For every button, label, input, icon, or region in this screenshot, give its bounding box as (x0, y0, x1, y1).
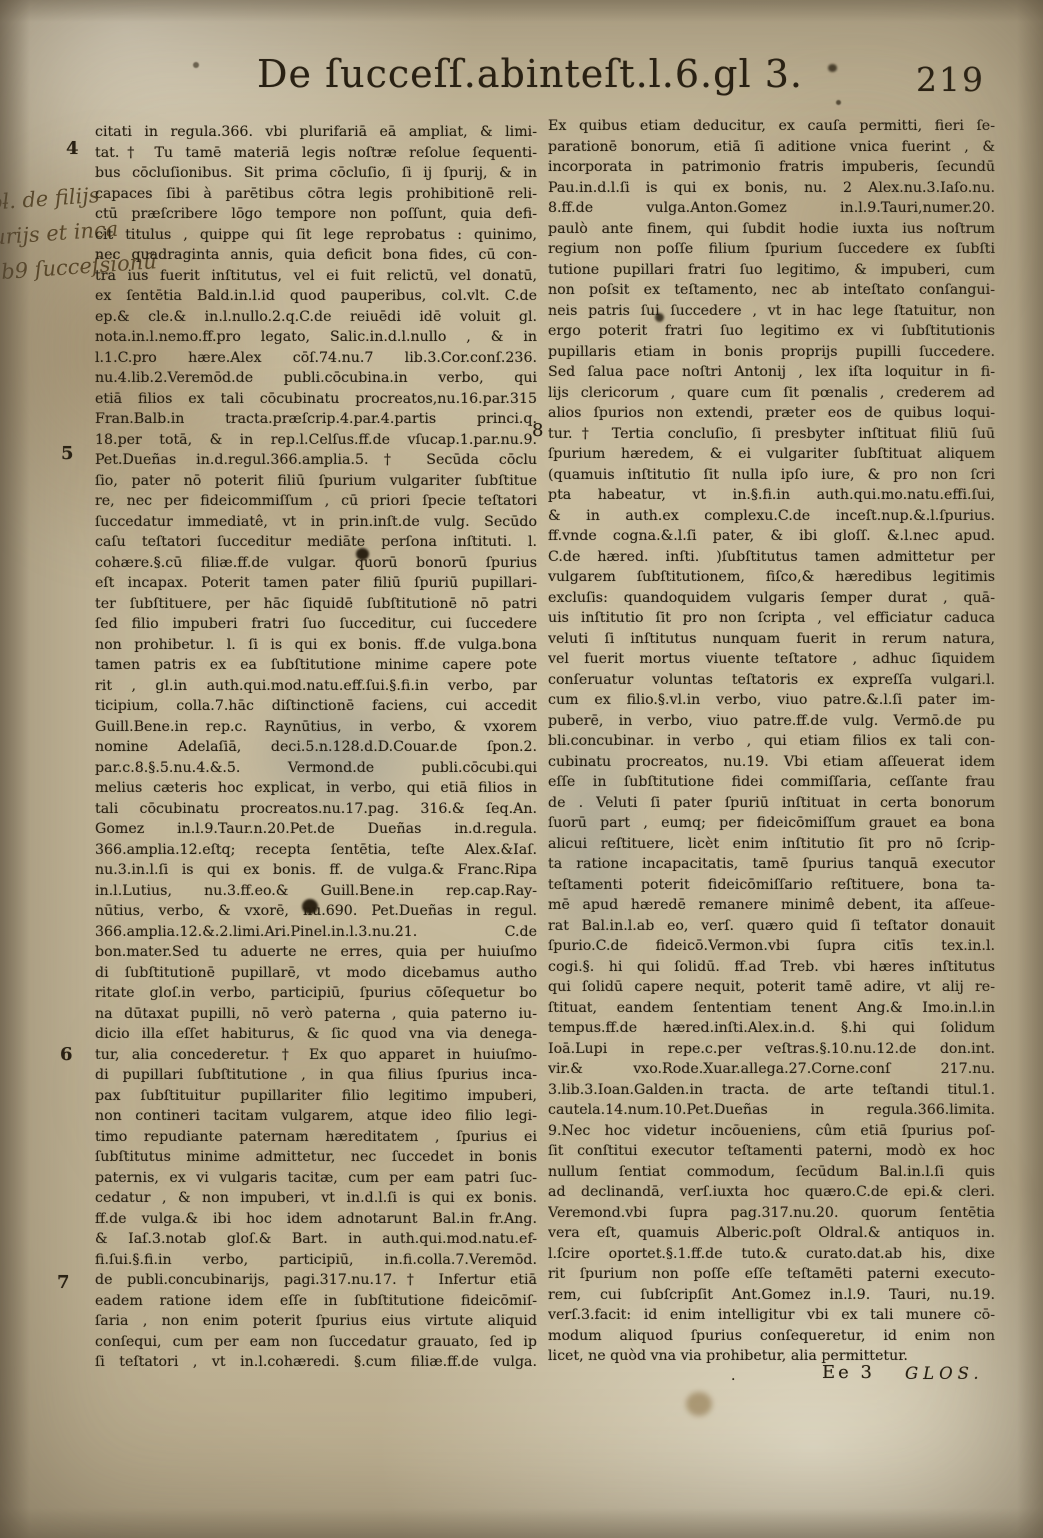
text-line: di ſubſtitutionē pupillarē, vt modo dice… (95, 963, 537, 984)
text-line: ſio, pater nō poterit filiū ſpurium vulg… (95, 471, 537, 492)
text-line: tat.† Tu tamē materiā legis noſtræ reſol… (95, 143, 537, 164)
text-line: re, nec per fideicommiſſum , cū priori ſ… (95, 491, 537, 512)
text-line: uis inſtitutio ſit pro non ſcripta , vel… (548, 608, 995, 629)
text-line: paternis, ex vi vulgaris tacitæ, cum per… (95, 1168, 537, 1189)
text-line: dicio illa eſſet habiturus, & ſic quod v… (95, 1024, 537, 1045)
text-line: ergo poterit fratri ſuo legitimo ex vi ſ… (548, 321, 995, 342)
text-line: tali cōcubinatu procreatos.nu.17.pag. 31… (95, 799, 537, 820)
text-line: caſu teſtatori ſucceditur mediāte perſon… (95, 532, 537, 553)
text-line: cogi.§. hi qui ſolidū. ff.ad Treb. vbi h… (548, 957, 995, 978)
text-line: qui ſolidū capere nequit, poterit tamē a… (548, 977, 995, 998)
text-line: nullum ſentiat commodum, ſecūdum Bal.in.… (548, 1162, 995, 1183)
text-line: rat Bal.in.l.ab eo, verſ. quæro quid ſi … (548, 916, 995, 937)
text-line: vera eſt, quamuis Alberic.poſt Oldral.& … (548, 1223, 995, 1244)
text-line: eadem ratione idem eſſe in ſubſtitutione… (95, 1291, 537, 1312)
text-line: tur, alia concederetur. † Ex quo apparet… (95, 1045, 537, 1066)
text-line: Fran.Balb.in tracta.præſcrip.4.par.4.par… (95, 409, 537, 430)
text-line: melius cæteris hoc explicat, in verbo, q… (95, 778, 537, 799)
margin-number-4: 4 (66, 138, 79, 159)
text-line: fi.ſui.§.fi.in verbo, participiū, in.fi.… (95, 1250, 537, 1271)
text-line: bus cōcluſionibus. Sit prima cōcluſio, ſ… (95, 163, 537, 184)
text-line: eſſe in ſubſtitutione fidei commiſſaria,… (548, 772, 995, 793)
text-line: ſuorū part , eumq; per fideicōmiſſum gra… (548, 813, 995, 834)
text-line: non poſsit ex teſtamento, nec ab inteſta… (548, 280, 995, 301)
text-line: vir.& vxo.Rode.Xuar.allega.27.Corne.conſ… (548, 1059, 995, 1080)
text-line: rit ſpurium non poſſe eſſe teſtamēti pat… (548, 1264, 995, 1285)
text-line: 8.ff.de vulga.Anton.Gomez in.l.9.Tauri,n… (548, 198, 995, 219)
text-line: lijs clericorum , quare cum ſit pœnalis … (548, 383, 995, 404)
text-line: pupillaris etiam in bonis proprijs pupil… (548, 342, 995, 363)
text-line: pax ſubſtituitur pupillariter filio legi… (95, 1086, 537, 1107)
text-line: tur.† Tertia concluſio, ſi presbyter inſ… (548, 424, 995, 445)
text-line: neis patris ſui ſuccedere , vt in hac le… (548, 301, 995, 322)
text-line: bli.concubinar. in verbo , qui etiam fil… (548, 731, 995, 752)
margin-number-6: 6 (60, 1044, 73, 1065)
text-line: veluti ſi inſtitutus nunquam fuerit in r… (548, 629, 995, 650)
text-line: C.de hæred. inſti. )ſubſtitutus tamen ad… (548, 547, 995, 568)
text-line: Ex quibus etiam deducitur, ex cauſa perm… (548, 116, 995, 137)
text-line: etiā filios ex tali cōcubinatu procreato… (95, 389, 537, 410)
text-line: tra ius fuerit inſtitutus, vel ei fuit r… (95, 266, 537, 287)
text-line: nūtius, verbo, & vxorē, nu.690. Pet.Dueñ… (95, 901, 537, 922)
text-line: nomine Adelaſiā, deci.5.n.128.d.D.Couar.… (95, 737, 537, 758)
text-line: nu.4.lib.2.Veremōd.de publi.cōcubina.in … (95, 368, 537, 389)
text-line: incorporata in patrimonio fratris impube… (548, 157, 995, 178)
text-line: Pet.Dueñas in.d.regul.366.amplia.5.† Sec… (95, 450, 537, 471)
text-line: ctū præſcribere lōgo tempore non poſſunt… (95, 204, 537, 225)
page-edge-shadow (0, 1508, 1043, 1538)
text-line: ſed filio impuberi fratri ſuo ſucceditur… (95, 614, 537, 635)
book-page-photo: De ſucceſſ.abinteſt.l.6.gl 3. 219 oƚ. de… (0, 0, 1043, 1538)
text-line: ex ſentētia Bald.in.l.id quod pauperibus… (95, 286, 537, 307)
text-column-right: Ex quibus etiam deducitur, ex cauſa perm… (548, 116, 995, 1367)
text-line: non prohibetur. l. ſi is qui ex bonis. f… (95, 635, 537, 656)
text-line: Pau.in.d.l.ſi is qui ex bonis, nu. 2 Ale… (548, 178, 995, 199)
running-title: De ſucceſſ.abinteſt.l.6.gl 3. (140, 52, 920, 96)
text-line: cubinatu procreatos, nu.19. Vbi etiam aſ… (548, 752, 995, 773)
text-line: pta habeatur, vt in.§.fi.in auth.qui.mo.… (548, 485, 995, 506)
text-line: tamen patris ex ea ſubſtitutione minime … (95, 655, 537, 676)
text-line: cum ex filio.§.vl.in verbo, viuo patre.&… (548, 690, 995, 711)
margin-number-5: 5 (61, 443, 74, 464)
text-line: excluſis: quandoquidem vulgaris ſemper d… (548, 588, 995, 609)
text-line: regium non poſſe filium ſpurium ſucceder… (548, 239, 995, 260)
text-line: parationē bonorum, etiā ſi aditione vnic… (548, 137, 995, 158)
text-line: ta ratione incapacitatis, tamē ſpurius t… (548, 854, 995, 875)
text-line: nu.3.in.l.ſi is qui ex bonis. ff. de vul… (95, 860, 537, 881)
text-line: l.ſcire oportet.§.1.ff.de tuto.& curato.… (548, 1244, 995, 1265)
text-line: ticipium, colla.7.hāc diſtinctionē facie… (95, 696, 537, 717)
text-column-left: citati in regula.366. vbi plurifariā eā … (95, 122, 537, 1373)
ink-blot (836, 100, 841, 105)
text-line: Gomez in.l.9.Taur.n.20.Pet.de Dueñas in.… (95, 819, 537, 840)
text-line: nota.in.l.nemo.ff.pro legato, Salic.in.d… (95, 327, 537, 348)
text-line: modum aliquod ſpurius conſequeretur, id … (548, 1326, 995, 1347)
text-line: ſuccedatur immediatê, vt in prin.inſt.de… (95, 512, 537, 533)
text-line: Guill.Bene.in rep.c. Raynūtius, in verbo… (95, 717, 537, 738)
text-line: ff.vnde cogna.&.l.ſi pater, & ibi gloſſ.… (548, 526, 995, 547)
text-line: vel fuerit mortus viuente teſtatore , ad… (548, 649, 995, 670)
text-line: cit titulus , quippe qui ſit lege reprob… (95, 225, 537, 246)
text-line: teſtamenti poterit fideicōmiſſario reſti… (548, 875, 995, 896)
text-line: cohære.§.cū filiæ.ff.de vulgar. quorū bo… (95, 553, 537, 574)
text-line: alicui reſtituere, licèt enim inſtitutio… (548, 834, 995, 855)
text-line: puberē, in verbo, viuo patre.ff.de vulg.… (548, 711, 995, 732)
text-line: ſi teſtatori , vt in.l.cohæredi. §.cum f… (95, 1352, 537, 1373)
text-line: (quamuis inſtitutio ſit nulla ipſo iure,… (548, 465, 995, 486)
text-line: Veremond.vbi ſupra pag.317.nu.20. quorum… (548, 1203, 995, 1224)
text-line: timo repudiante paternam hæreditatem , ſ… (95, 1127, 537, 1148)
text-line: de . Veluti ſi pater ſpuriū inſtituat in… (548, 793, 995, 814)
text-line: nec quadraginta annis, quia deficit bona… (95, 245, 537, 266)
text-line: non contineri tacitam vulgarem, atque id… (95, 1106, 537, 1127)
text-line: ſubſtitutus minime admittetur, nec ſucce… (95, 1147, 537, 1168)
text-line: paulò ante finem, qui ſubdit hodie iuxta… (548, 219, 995, 240)
text-line: conſequi, cum per eam non ſuccedatur gra… (95, 1332, 537, 1353)
text-line: tempus.ff.de hæred.inſti.Alex.in.d. §.hi… (548, 1018, 995, 1039)
text-line: mē apud hæredē remanere minimê debent, i… (548, 895, 995, 916)
text-line: ſaria , non enim poterit ſpurius eius vi… (95, 1311, 537, 1332)
text-line: ſtituat, eandem ſententiam tenent Ang.& … (548, 998, 995, 1019)
text-line: & in auth.ex complexu.C.de inceſt.nup.&.… (548, 506, 995, 527)
text-line: de publi.concubinarijs, pagi.317.nu.17.†… (95, 1270, 537, 1291)
page-edge-shadow (0, 0, 30, 1538)
text-line: 9.Nec hoc videtur incōueniens, cûm etiā … (548, 1121, 995, 1142)
text-line: ter ſubſtituere, per hāc ſiquidē ſubſtit… (95, 594, 537, 615)
page-number: 219 (916, 60, 985, 99)
text-line: bon.mater.Sed tu aduerte ne erres, quia … (95, 942, 537, 963)
text-line: conſeruatur voluntas teſtatoris ex expre… (548, 670, 995, 691)
signature-mark: Ee 3 (822, 1362, 875, 1383)
text-line: rit , gl.in auth.qui.mod.natu.eff.ſui.§.… (95, 676, 537, 697)
text-line: par.c.8.§.5.nu.4.&.5. Vermond.de publi.c… (95, 758, 537, 779)
text-line: di pupillari ſubſtitutione , in qua fili… (95, 1065, 537, 1086)
page-edge-shadow (1017, 0, 1043, 1538)
text-line: Ioā.Lupi in repe.c.per veſtras.§.10.nu.1… (548, 1039, 995, 1060)
footer-dot: . (731, 1368, 735, 1384)
text-line: ad declinandā, verſ.iuxta hoc quæro.C.de… (548, 1182, 995, 1203)
text-line: 3.lib.3.Ioan.Galden.in tracta. de arte t… (548, 1080, 995, 1101)
page-edge-shadow (0, 0, 1043, 22)
text-line: cedatur , & non impuberi, vt in.d.l.ſi i… (95, 1188, 537, 1209)
text-line: l.1.C.pro hære.Alex cōſ.74.nu.7 lib.3.Co… (95, 348, 537, 369)
margin-number-7: 7 (57, 1272, 70, 1293)
text-line: ſpurio.C.de fideicō.Vermon.vbi ſupra cit… (548, 936, 995, 957)
text-line: in.l.Lutius, nu.3.ff.eo.& Guill.Bene.in … (95, 881, 537, 902)
text-line: ſpurium hæredem, & ei vulgariter ſubſtit… (548, 444, 995, 465)
text-line: vulgarem ſubſtitutionem, fiſco,& hæredib… (548, 567, 995, 588)
text-line: citati in regula.366. vbi plurifariā eā … (95, 122, 537, 143)
text-line: tutione pupillari fratri ſuo legitimo, &… (548, 260, 995, 281)
text-line: capaces ſibi à parētibus cōtra legis pro… (95, 184, 537, 205)
text-line: Sed ſalua pace noſtri Antonij , lex iſta… (548, 362, 995, 383)
text-line: cautela.14.num.10.Pet.Dueñas in regula.3… (548, 1100, 995, 1121)
text-line: ep.& cle.& in.l.nullo.2.q.C.de reiuēdi i… (95, 307, 537, 328)
text-line: 366.amplia.12.eſtq; recepta ſentētia, te… (95, 840, 537, 861)
text-line: ritate gloſ.in verbo, participiū, ſpuriu… (95, 983, 537, 1004)
text-line: eſt incapax. Poterit tamen pater filiū ſ… (95, 573, 537, 594)
catchword: GLOS. (905, 1364, 984, 1383)
text-line: 366.amplia.12.&.2.limi.Ari.Pinel.in.l.3.… (95, 922, 537, 943)
text-line: alios ſpurios non extendi, præter eos de… (548, 403, 995, 424)
text-line: na dūtaxat pupilli, nō verò paterna , qu… (95, 1004, 537, 1025)
text-line: & Iaſ.3.notab gloſ.& Bart. in auth.qui.m… (95, 1229, 537, 1250)
text-line: ſit conſtitui executor teſtamenti patern… (548, 1141, 995, 1162)
text-line: 18.per totā, & in rep.l.Celſus.ff.de vſu… (95, 430, 537, 451)
stain-spot (686, 1392, 712, 1416)
text-line: ff.de vulga.& ibi hoc idem adnotarunt Ba… (95, 1209, 537, 1230)
text-line: verſ.3.facit: id enim intelligitur vbi e… (548, 1305, 995, 1326)
text-line: rem, cui ſubſcripſit Ant.Gomez in.l.9. T… (548, 1285, 995, 1306)
